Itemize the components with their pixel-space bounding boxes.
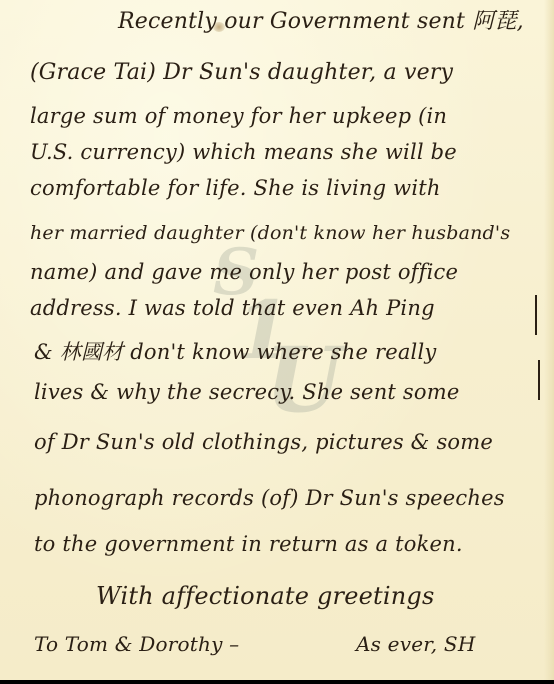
letter-line-13: to the government in return as a token. — [34, 532, 463, 556]
letter-line-3: large sum of money for her upkeep (in — [30, 104, 447, 128]
closing-greeting: With affectionate greetings — [96, 582, 434, 610]
letter-line-1: Recently our Government sent 阿琵, — [118, 4, 524, 35]
letter-line-11: of Dr Sun's old clothings, pictures & so… — [34, 430, 493, 454]
letter-line-10: lives & why the secrecy. She sent some — [34, 380, 460, 404]
letter-line-8: address. I was told that even Ah Ping — [30, 296, 435, 320]
letter-line-9: & 林國材 don't know where she really — [34, 336, 436, 366]
margin-mark — [535, 295, 537, 335]
recipient-line: To Tom & Dorothy – — [34, 632, 239, 656]
margin-mark — [538, 360, 540, 400]
letter-page: S 1 U Recently our Government sent 阿琵, (… — [0, 0, 554, 680]
letter-line-4: U.S. currency) which means she will be — [30, 140, 457, 164]
signature: As ever, SH — [356, 632, 475, 656]
letter-line-5: comfortable for life. She is living with — [30, 176, 441, 200]
letter-line-2: (Grace Tai) Dr Sun's daughter, a very — [30, 60, 453, 85]
letter-line-12: phonograph records (of) Dr Sun's speeche… — [34, 486, 505, 510]
letter-line-6: her married daughter (don't know her hus… — [30, 222, 510, 244]
letter-line-7: name) and gave me only her post office — [30, 260, 458, 284]
